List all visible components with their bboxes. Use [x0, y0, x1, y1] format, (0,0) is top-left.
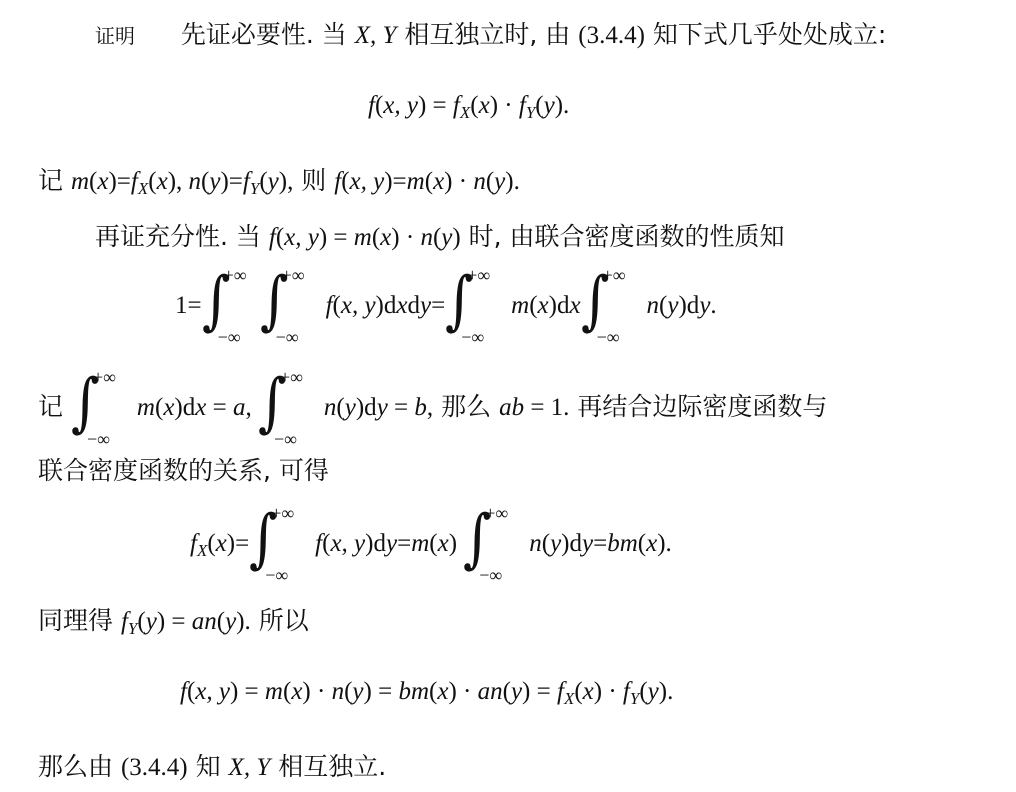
equation-final-product: f(x, y) = m(x) · n(y) = bm(x) · an(y) = … — [180, 676, 673, 714]
proof-label: 证明 — [95, 24, 135, 48]
integral-sign-icon: ∫+∞−∞ — [71, 374, 129, 444]
integral-sign-icon: ∫+∞−∞ — [249, 510, 307, 580]
definition-line: 记 m(x)=fX(x), n(y)=fY(y), 则 f(x, y)=m(x)… — [38, 166, 520, 204]
define-text: 记 — [38, 392, 63, 421]
equation-marginal-x: fX(x)=∫+∞−∞ f(x, y)dy=m(x) ∫+∞−∞ n(y)dy=… — [190, 508, 672, 586]
one: 1 — [175, 292, 188, 319]
similarly-line: 同理得 fY(y) = an(y). 所以 — [38, 606, 309, 644]
var-xy: X, Y — [229, 754, 271, 781]
equation-ref: (3.4.4) — [578, 22, 645, 49]
integral-sign-icon: ∫+∞−∞ — [202, 272, 260, 342]
sufficiency-line: 再证充分性. 当 f(x, y) = m(x) · n(y) 时, 由联合密度函… — [95, 222, 785, 253]
integral-sign-icon: ∫+∞−∞ — [258, 374, 316, 444]
relation-line: 联合密度函数的关系, 可得 — [38, 456, 329, 486]
equation-ref: (3.4.4) — [121, 754, 188, 781]
marginal-density-text: 再结合边际密度函数与 — [577, 392, 827, 421]
var-xy: X, Y — [355, 22, 397, 49]
necessity-intro: 先证必要性. 当 — [181, 20, 347, 49]
holds-almost-everywhere-text: 知下式几乎处处成立: — [653, 20, 886, 49]
define-a-b-line: 记 ∫+∞−∞ m(x)dx = a, ∫+∞−∞ n(y)dy = b, 那么… — [38, 372, 827, 444]
therefore-text: 所以 — [259, 606, 309, 635]
proof-first-line: 证明 先证必要性. 当 X, Y 相互独立时, 由 (3.4.4) 知下式几乎处… — [95, 20, 886, 51]
integral-sign-icon: ∫+∞−∞ — [445, 272, 503, 342]
independence-text: 相互独立时, 由 — [404, 20, 570, 49]
joint-density-property-text: 时, 由联合密度函数的性质知 — [469, 222, 785, 251]
equation-double-integral: 1=∫+∞−∞∫+∞−∞ f(x, y)dxdy=∫+∞−∞ m(x)dx∫+∞… — [175, 270, 717, 342]
know-text: 知 — [196, 752, 221, 781]
independent-text: 相互独立. — [278, 752, 386, 781]
sufficiency-intro: 再证充分性. 当 — [95, 222, 261, 251]
conclusion-intro: 那么由 — [38, 752, 113, 781]
then-text: 则 — [301, 166, 326, 195]
therefore-text: 那么 — [441, 392, 491, 421]
conclusion-line: 那么由 (3.4.4) 知 X, Y 相互独立. — [38, 752, 386, 783]
define-text: 记 — [38, 166, 63, 195]
integral-sign-icon: ∫+∞−∞ — [581, 272, 639, 342]
equation-joint-product: f(x, y) = fX(x) · fY(y). f(x, y) = f_X(x… — [368, 90, 569, 128]
similarly-text: 同理得 — [38, 606, 113, 635]
integral-sign-icon: ∫+∞−∞ — [260, 272, 318, 342]
integral-sign-icon: ∫+∞−∞ — [463, 510, 521, 580]
